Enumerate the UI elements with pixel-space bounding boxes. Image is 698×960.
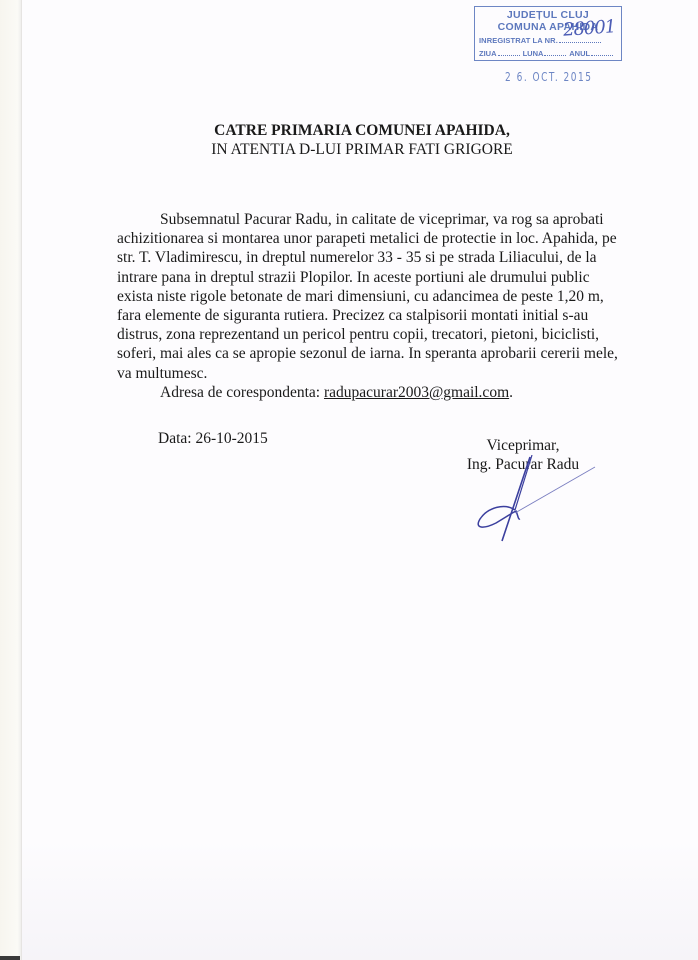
- email-link[interactable]: radupacurar2003@gmail.com: [324, 384, 509, 401]
- stamp-day-label: ZIUA: [479, 49, 497, 58]
- registration-number: 28001: [562, 16, 616, 41]
- letter-heading: CATRE PRIMARIA COMUNEI APAHIDA, IN ATENT…: [0, 121, 698, 159]
- letter-body: Subsemnatul Pacurar Radu, in calitate de…: [117, 210, 637, 402]
- dotted-line: [559, 42, 601, 43]
- letter-date: Data: 26-10-2015: [158, 430, 268, 448]
- attention-line: IN ATENTIA D-LUI PRIMAR FATI GRIGORE: [0, 140, 698, 159]
- body-line: str. T. Vladimirescu, in dreptul numerel…: [117, 248, 637, 267]
- stamp-year-label: ANUL: [569, 49, 590, 58]
- scan-corner-shadow: [0, 956, 20, 960]
- body-line: intrare pana in dreptul strazii Plopilor…: [117, 268, 637, 287]
- page-shading: [22, 840, 698, 960]
- body-line: achizitionarea si montarea unor parapeti…: [117, 229, 637, 248]
- stamp-month-label: LUNA: [523, 49, 544, 58]
- stamp-date-fields: ZIUA LUNA ANUL: [479, 49, 614, 58]
- addressee: CATRE PRIMARIA COMUNEI APAHIDA,: [0, 121, 698, 140]
- correspondence-address: Adresa de corespondenta: radupacurar2003…: [117, 383, 637, 402]
- stamp-registration-label: INREGISTRAT LA NR.: [479, 36, 558, 45]
- body-line: distrus, zona reprezentand un pericol pe…: [117, 325, 637, 344]
- body-line: va multumesc.: [117, 364, 637, 383]
- registration-stamp: JUDEȚUL CLUJ COMUNA APAHIDA INREGISTRAT …: [474, 6, 622, 61]
- stamp-date: 2 6. OCT. 2015: [505, 70, 592, 84]
- body-line: fara elemente de siguranta rutiera. Prec…: [117, 306, 637, 325]
- body-line: soferi, mai ales ca se apropie sezonul d…: [117, 344, 637, 363]
- signer-title: Viceprimar,: [448, 436, 598, 455]
- handwritten-signature: [470, 455, 610, 545]
- body-line: Subsemnatul Pacurar Radu, in calitate de…: [117, 210, 637, 229]
- address-label: Adresa de corespondenta:: [160, 384, 324, 401]
- body-line: exista niste rigole betonate de mari dim…: [117, 287, 637, 306]
